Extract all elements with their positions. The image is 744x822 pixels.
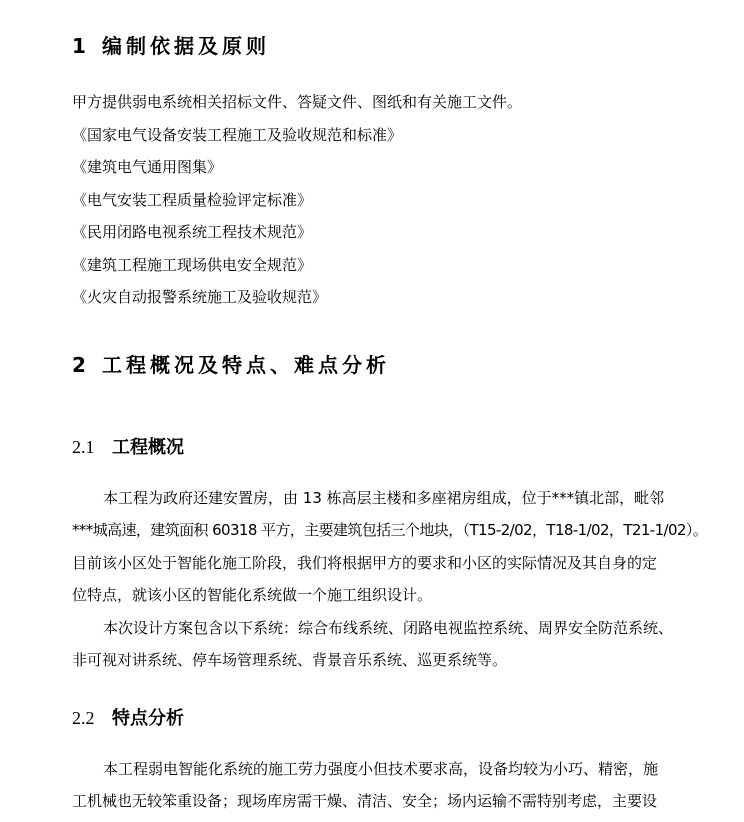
section-1-number: 1 xyxy=(72,34,102,58)
basis-line-2: 《国家电气设备安装工程施工及验收规范和标准》 xyxy=(72,125,402,145)
subsection-2-2-title: 特点分析 xyxy=(112,708,184,729)
features-para-line-2: 工机械也无较笨重设备；现场库房需干燥、清洁、安全；场内运输不需特别考虑，主要设 xyxy=(72,791,657,811)
basis-line-4: 《电气安装工程质量检验评定标准》 xyxy=(72,190,312,210)
subsection-2-1-heading: 2.1工程概况 xyxy=(72,433,184,459)
section-2-title: 工程概况及特点、难点分析 xyxy=(102,353,390,377)
basis-line-1: 甲方提供弱电系统相关招标文件、答疑文件、图纸和有关施工文件。 xyxy=(72,92,522,112)
overview-para-1-line-3: 目前该小区处于智能化施工阶段，我们将根据甲方的要求和小区的实际情况及其自身的定 xyxy=(72,553,657,573)
section-2-heading: 2工程概况及特点、难点分析 xyxy=(72,349,390,378)
document-page: 1编制依据及原则 甲方提供弱电系统相关招标文件、答疑文件、图纸和有关施工文件。 … xyxy=(0,0,744,822)
subsection-2-2-heading: 2.2特点分析 xyxy=(72,704,184,730)
section-1-heading: 1编制依据及原则 xyxy=(72,30,270,59)
overview-para-1-line-4: 位特点，就该小区的智能化系统做一个施工组织设计。 xyxy=(72,585,432,605)
overview-para-2-line-1: 本次设计方案包含以下系统：综合布线系统、闭路电视监控系统、周界安全防范系统、 xyxy=(103,618,673,638)
subsection-2-2-number: 2.2 xyxy=(72,708,112,729)
basis-line-3: 《建筑电气通用图集》 xyxy=(72,157,222,177)
section-2-number: 2 xyxy=(72,353,102,377)
basis-line-6: 《建筑工程施工现场供电安全规范》 xyxy=(72,255,312,275)
section-1-title: 编制依据及原则 xyxy=(102,34,270,58)
basis-line-7: 《火灾自动报警系统施工及验收规范》 xyxy=(72,287,327,307)
basis-line-5: 《民用闭路电视系统工程技术规范》 xyxy=(72,222,312,242)
overview-para-1-line-2: ***城高速，建筑面积 60318 平方，主要建筑包括三个地块，（T15-2/0… xyxy=(72,520,707,540)
subsection-2-1-title: 工程概况 xyxy=(112,437,184,458)
subsection-2-1-number: 2.1 xyxy=(72,437,112,458)
overview-para-1-line-1: 本工程为政府还建安置房，由 13 栋高层主楼和多座裙房组成，位于***镇北部，毗… xyxy=(103,488,664,508)
features-para-line-1: 本工程弱电智能化系统的施工劳力强度小但技术要求高，设备均较为小巧、精密，施 xyxy=(103,759,658,779)
overview-para-2-line-2: 非可视对讲系统、停车场管理系统、背景音乐系统、巡更系统等。 xyxy=(72,650,507,670)
